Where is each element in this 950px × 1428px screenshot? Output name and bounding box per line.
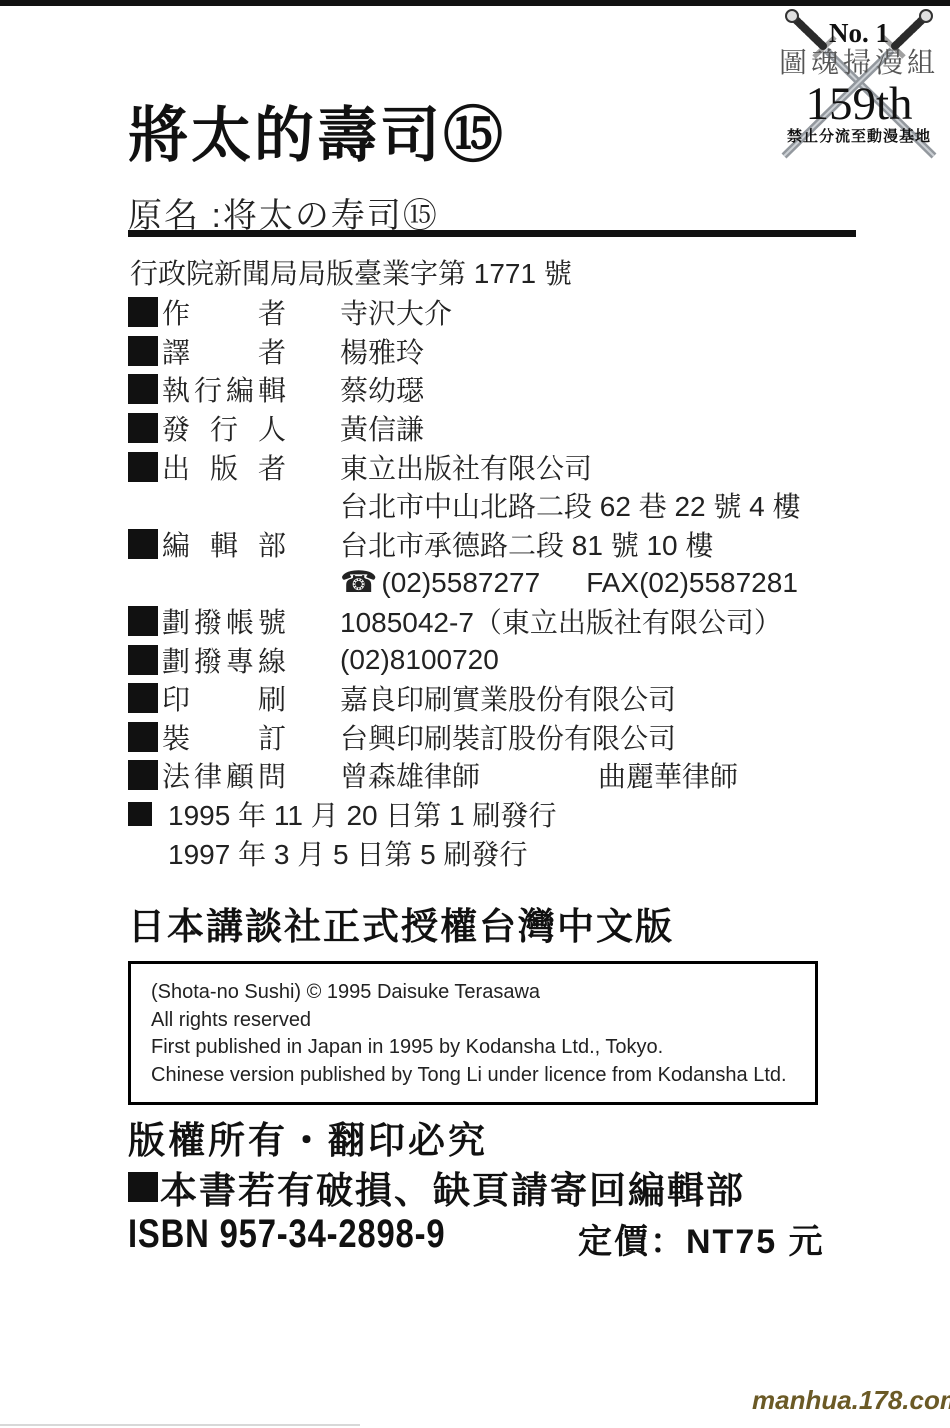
bullet-square-icon <box>128 722 158 752</box>
copyright-line: All rights reserved <box>151 1007 795 1035</box>
site-watermark-text: manhua.178.com <box>752 1385 950 1415</box>
colophon-page: No. 1 圖魂掃漫組 159th 禁止分流至動漫基地 將太的壽司⑮ 原名 :将… <box>0 0 950 1428</box>
license-number: 行政院新聞局局版臺業字第 1771 號 <box>130 252 572 292</box>
row-value: 東立出版社有限公司 <box>340 447 592 487</box>
row-value: 1085042-7（東立出版社有限公司） <box>340 601 782 641</box>
site-watermark: manhua.178.com ★ ★ <box>752 1385 950 1416</box>
row-label: 執行編輯 <box>162 369 286 409</box>
bullet-square-icon <box>128 606 158 636</box>
bullet-square-icon <box>128 452 158 482</box>
row-value: 楊雅玲 <box>340 331 424 371</box>
row-value: (02)8100720 <box>340 644 499 676</box>
copyright-line: (Shota-no Sushi) © 1995 Daisuke Terasawa <box>151 979 795 1007</box>
bullet-square-icon <box>128 802 152 826</box>
scan-group-count: 159th <box>768 80 950 128</box>
bullet-square-icon <box>128 413 158 443</box>
row-value: 台興印刷裝訂股份有限公司 <box>340 717 676 757</box>
row-value: 曾森雄律師曲麗華律師 <box>340 755 738 795</box>
scan-group-name: 圖魂掃漫組 <box>768 48 950 80</box>
rights-reserved-line: 版權所有・翻印必究 <box>128 1110 488 1164</box>
colophon-list: 作者 寺沢大介 譯者 楊雅玲 執行編輯 蔡幼璱 發行人 黃信謙 出版者 東立出版… <box>128 293 888 872</box>
legal-advisor-1: 曾森雄律師 <box>340 761 480 792</box>
colophon-row-executive-editor: 執行編輯 蔡幼璱 <box>128 370 888 409</box>
colophon-row-publisher-person: 發行人 黃信謙 <box>128 409 888 448</box>
colophon-row-editorial-dept: 編輯部 台北市承德路二段 81 號 10 樓 <box>128 525 888 564</box>
damaged-return-text: 本書若有破損、缺頁請寄回編輯部 <box>160 1160 745 1214</box>
colophon-row-publisher-company: 出版者 東立出版社有限公司 <box>128 447 888 486</box>
row-value: 嘉良印刷實業股份有限公司 <box>340 678 676 718</box>
damaged-return-line: 本書若有破損、缺頁請寄回編輯部 <box>128 1160 745 1214</box>
row-value: 黃信謙 <box>340 408 424 448</box>
scan-group-number: No. 1 <box>768 18 950 48</box>
phone-number: (02)5587277 <box>381 567 540 598</box>
row-label: 劃撥帳號 <box>162 601 286 641</box>
row-value: 蔡幼璱 <box>340 369 424 409</box>
bullet-square-icon <box>128 760 158 790</box>
row-label: 譯者 <box>162 331 286 371</box>
bullet-square-icon <box>128 1172 158 1202</box>
print-date-text: 1995 年 11 月 20 日第 1 刷發行 <box>168 794 557 834</box>
copyright-line: Chinese version published by Tong Li und… <box>151 1062 795 1090</box>
scan-group-watermark: No. 1 圖魂掃漫組 159th 禁止分流至動漫基地 <box>768 6 950 158</box>
book-title: 將太的壽司⑮ <box>128 88 506 174</box>
page-bottom-edge <box>0 1424 360 1426</box>
row-label: 作者 <box>162 292 286 332</box>
row-value: 台北市中山北路二段 62 巷 22 號 4 樓 <box>340 485 801 525</box>
colophon-row-translator: 譯者 楊雅玲 <box>128 332 888 371</box>
colophon-row-author: 作者 寺沢大介 <box>128 293 888 332</box>
colophon-row-publisher-address: 台北市中山北路二段 62 巷 22 號 4 樓 <box>128 486 888 525</box>
bullet-square-icon <box>128 645 158 675</box>
bullet-square-icon <box>128 297 158 327</box>
row-label: 印刷 <box>162 678 286 718</box>
colophon-row-postal-hotline: 劃撥專線 (02)8100720 <box>128 640 888 679</box>
row-label: 發行人 <box>162 408 286 448</box>
colophon-row-postal-account: 劃撥帳號 1085042-7（東立出版社有限公司） <box>128 602 888 641</box>
colophon-row-phone-fax: ☎(02)5587277FAX(02)5587281 <box>128 563 888 602</box>
row-value: 台北市承德路二段 81 號 10 樓 <box>340 524 713 564</box>
divider-rule <box>128 230 856 237</box>
row-label: 劃撥專線 <box>162 640 286 680</box>
price-label: 定價：NT75 元 <box>578 1214 825 1263</box>
phone-icon: ☎ <box>340 566 377 599</box>
row-label: 出版者 <box>162 447 286 487</box>
colophon-row-printing: 印刷 嘉良印刷實業股份有限公司 <box>128 679 888 718</box>
copyright-line: First published in Japan in 1995 by Koda… <box>151 1034 795 1062</box>
row-label: 編輯部 <box>162 524 286 564</box>
isbn-price-line: ISBN 957-34-2898-9 定價：NT75 元 <box>128 1212 868 1258</box>
print-date-fifth: 1997 年 3 月 5 日第 5 刷發行 <box>128 833 888 872</box>
row-label: 法律顧問 <box>162 755 286 795</box>
fax-number: FAX(02)5587281 <box>586 567 798 598</box>
row-label: 裝訂 <box>162 717 286 757</box>
bullet-square-icon <box>128 374 158 404</box>
colophon-row-legal-advisors: 法律顧問 曾森雄律師曲麗華律師 <box>128 756 888 795</box>
isbn-number: ISBN 957-34-2898-9 <box>128 1212 445 1257</box>
print-date-first: 1995 年 11 月 20 日第 1 刷發行 <box>128 795 888 834</box>
scan-group-warning: 禁止分流至動漫基地 <box>768 128 950 146</box>
copyright-box: (Shota-no Sushi) © 1995 Daisuke Terasawa… <box>128 961 818 1105</box>
bullet-square-icon <box>128 336 158 366</box>
colophon-row-binding: 裝訂 台興印刷裝訂股份有限公司 <box>128 718 888 757</box>
bullet-square-icon <box>128 529 158 559</box>
authorization-line: 日本講談社正式授權台灣中文版 <box>128 896 674 950</box>
bullet-square-icon <box>128 683 158 713</box>
row-value: 寺沢大介 <box>340 292 452 332</box>
row-value: ☎(02)5587277FAX(02)5587281 <box>340 565 798 600</box>
print-date-text: 1997 年 3 月 5 日第 5 刷發行 <box>168 833 527 873</box>
legal-advisor-2: 曲麗華律師 <box>598 761 738 792</box>
